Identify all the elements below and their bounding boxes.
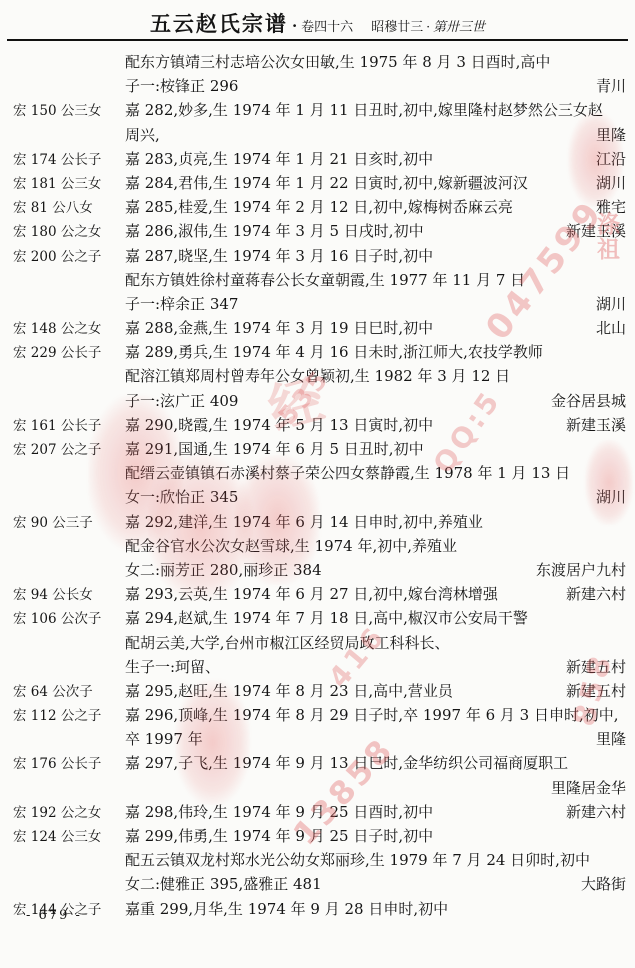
residence-place: 青川 xyxy=(596,74,635,98)
generation-label: 宏 106 公次子 xyxy=(0,607,125,631)
genealogy-title: 五云赵氏宗谱 xyxy=(150,11,288,36)
entry-text: 配东方镇姓徐村童蒋春公长女童朝霞,生 1977 年 11 月 7 日 xyxy=(125,268,626,292)
genealogy-row: 卒 1997 年里隆 xyxy=(0,727,635,751)
generation-label: 宏 229 公长子 xyxy=(0,341,125,365)
generation-label: 宏 150 公三女 xyxy=(0,99,125,123)
generation-label: 宏 112 公之子 xyxy=(0,704,125,728)
residence-place: 金谷居县城 xyxy=(551,389,635,413)
entry-text: 配金谷官水公次女赵雪球,生 1974 年,初中,养殖业 xyxy=(125,534,626,558)
genealogy-row: 女二:丽芳正 280,丽珍正 384东渡居户九村 xyxy=(0,558,635,582)
genealogy-row: 宏 112 公之子嘉 296,顶峰,生 1974 年 8 月 29 日子时,卒 … xyxy=(0,703,635,727)
entry-text: 子一:桉锋正 296 xyxy=(125,74,596,98)
residence-place: 湖川 xyxy=(596,171,635,195)
residence-place: 新建玉溪 xyxy=(566,219,635,243)
genealogy-row: 配缙云壶镇镇石赤溪村蔡子荣公四女蔡静霞,生 1978 年 1 月 13 日 xyxy=(0,461,635,485)
genealogy-row: 子一:梓余正 347湖川 xyxy=(0,292,635,316)
residence-place: 新建玉溪 xyxy=(566,413,635,437)
entry-text: 女二:丽芳正 280,丽珍正 384 xyxy=(125,558,536,582)
entry-text: 嘉 290,晓霞,生 1974 年 5 月 13 日寅时,初中 xyxy=(125,413,566,437)
entry-text: 嘉 293,云英,生 1974 年 6 月 27 日,初中,嫁台湾林增强 xyxy=(125,582,566,606)
genealogy-row: 配胡云美,大学,台州市椒江区经贸局政工科科长、 xyxy=(0,631,635,655)
entry-text: 嘉 286,淑伟,生 1974 年 3 月 5 日戌时,初中 xyxy=(125,219,566,243)
entry-text: 嘉 296,顶峰,生 1974 年 8 月 29 日子时,卒 1997 年 6 … xyxy=(125,703,626,727)
genealogy-row: 宏 148 公之女嘉 288,金燕,生 1974 年 3 月 19 日巳时,初中… xyxy=(0,316,635,340)
generation-label: 宏 90 公三子 xyxy=(0,511,125,535)
entry-text: 嘉 289,勇兵,生 1974 年 4 月 16 日未时,浙江师大,农技学教师 xyxy=(125,340,626,364)
genealogy-row: 子一:桉锋正 296青川 xyxy=(0,74,635,98)
page-header: 五云赵氏宗谱·卷四十六昭穆廿三·第卅三世 xyxy=(0,8,635,38)
title-separator-dot: · xyxy=(288,17,301,35)
generation-label: 宏 176 公长子 xyxy=(0,752,125,776)
entry-text: 嘉 283,贞亮,生 1974 年 1 月 21 日亥时,初中 xyxy=(125,147,596,171)
header-rule xyxy=(7,39,628,41)
genealogy-row: 配溶江镇郑周村曾寿年公女曾颖初,生 1982 年 3 月 12 日 xyxy=(0,364,635,388)
residence-place: 北山 xyxy=(596,316,635,340)
volume-label: 卷四十六 xyxy=(301,20,353,35)
genealogy-row: 宏 229 公长子嘉 289,勇兵,生 1974 年 4 月 16 日未时,浙江… xyxy=(0,340,635,364)
genealogy-row: 配东方镇靖三村志培公次女田敏,生 1975 年 8 月 3 日酉时,高中 xyxy=(0,50,635,74)
entry-text: 女二:健雅正 395,盛雅正 481 xyxy=(125,872,581,896)
residence-place: 里隆 xyxy=(596,123,635,147)
genealogy-row: 宏 192 公之女嘉 298,伟玲,生 1974 年 9 月 25 日酉时,初中… xyxy=(0,800,635,824)
genealogy-row: 宏 200 公之子嘉 287,晓坚,生 1974 年 3 月 16 日子时,初中 xyxy=(0,244,635,268)
genealogy-rows: 配东方镇靖三村志培公次女田敏,生 1975 年 8 月 3 日酉时,高中子一:桉… xyxy=(0,50,635,921)
residence-place: 大路街 xyxy=(581,872,635,896)
genealogy-row: 生子一:珂留、新建五村 xyxy=(0,655,635,679)
entry-text: 嘉 288,金燕,生 1974 年 3 月 19 日巳时,初中 xyxy=(125,316,596,340)
genealogy-row: 宏 150 公三女嘉 282,妙多,生 1974 年 1 月 11 日丑时,初中… xyxy=(0,98,635,122)
generation-label: 宏 64 公次子 xyxy=(0,680,125,704)
entry-text: 卒 1997 年 xyxy=(125,727,596,751)
generation-label: 宏 124 公三女 xyxy=(0,825,125,849)
entry-text: 女一:欣怡正 345 xyxy=(125,485,596,509)
entry-text: 周兴, xyxy=(125,123,596,147)
residence-place: 里隆居金华 xyxy=(551,776,635,800)
genealogy-row: 周兴,里隆 xyxy=(0,123,635,147)
genealogy-row: 配五云镇双龙村郑水光公幼女郑丽珍,生 1979 年 7 月 24 日卯时,初中 xyxy=(0,848,635,872)
residence-place: 湖川 xyxy=(596,292,635,316)
entry-text: 配缙云壶镇镇石赤溪村蔡子荣公四女蔡静霞,生 1978 年 1 月 13 日 xyxy=(125,461,626,485)
genealogy-row: 配东方镇姓徐村童蒋春公长女童朝霞,生 1977 年 11 月 7 日 xyxy=(0,268,635,292)
entry-text: 配五云镇双龙村郑水光公幼女郑丽珍,生 1979 年 7 月 24 日卯时,初中 xyxy=(125,848,626,872)
genealogy-row: 宏 124 公三女嘉 299,伟勇,生 1974 年 9 月 25 日子时,初中 xyxy=(0,824,635,848)
residence-place: 里隆 xyxy=(596,727,635,751)
entry-text: 嘉 297,子飞,生 1974 年 9 月 13 日巳时,金华纺织公司福商厦职工 xyxy=(125,751,626,775)
genealogy-row: 宏 81 公八女嘉 285,桂爱,生 1974 年 2 月 12 日,初中,嫁梅… xyxy=(0,195,635,219)
genealogy-row: 宏 181 公三女嘉 284,君伟,生 1974 年 1 月 22 日寅时,初中… xyxy=(0,171,635,195)
entry-text: 嘉 291,国通,生 1974 年 6 月 5 日丑时,初中 xyxy=(125,437,626,461)
generation-label: 宏 180 公之女 xyxy=(0,220,125,244)
entry-text: 嘉 282,妙多,生 1974 年 1 月 11 日丑时,初中,嫁里隆村赵梦然公… xyxy=(125,98,626,122)
genealogy-row: 宏 161 公长子嘉 290,晓霞,生 1974 年 5 月 13 日寅时,初中… xyxy=(0,413,635,437)
entry-text: 配东方镇靖三村志培公次女田敏,生 1975 年 8 月 3 日酉时,高中 xyxy=(125,50,626,74)
residence-place: 湖川 xyxy=(596,485,635,509)
genealogy-row: 宏 106 公次子嘉 294,赵斌,生 1974 年 7 月 18 日,高中,椒… xyxy=(0,606,635,630)
entry-text: 子一:泫广正 409 xyxy=(125,389,551,413)
generation-label: 宏 192 公之女 xyxy=(0,801,125,825)
genealogy-row: 宏 174 公长子嘉 283,贞亮,生 1974 年 1 月 21 日亥时,初中… xyxy=(0,147,635,171)
entry-text: 嘉重 299,月华,生 1974 年 9 月 28 日申时,初中 xyxy=(125,897,626,921)
genealogy-row: 宏 90 公三子嘉 292,建洋,生 1974 年 6 月 14 日申时,初中,… xyxy=(0,510,635,534)
genealogy-row: 宏 144 公之子嘉重 299,月华,生 1974 年 9 月 28 日申时,初… xyxy=(0,897,635,921)
residence-place: 江沿 xyxy=(596,147,635,171)
generation-order-label: 昭穆廿三 xyxy=(371,20,423,35)
residence-place: 雅宅 xyxy=(596,195,635,219)
generation-label: 宏 161 公长子 xyxy=(0,414,125,438)
genealogy-row: 宏 94 公长女嘉 293,云英,生 1974 年 6 月 27 日,初中,嫁台… xyxy=(0,582,635,606)
entry-text: 嘉 298,伟玲,生 1974 年 9 月 25 日酉时,初中 xyxy=(125,800,566,824)
residence-place: 东渡居户九村 xyxy=(536,558,635,582)
entry-text: 嘉 287,晓坚,生 1974 年 3 月 16 日子时,初中 xyxy=(125,244,626,268)
entry-text: 嘉 294,赵斌,生 1974 年 7 月 18 日,高中,椒汉市公安局干警 xyxy=(125,606,626,630)
genealogy-row: 宏 64 公次子嘉 295,赵旺,生 1974 年 8 月 23 日,高中,营业… xyxy=(0,679,635,703)
entry-text: 嘉 292,建洋,生 1974 年 6 月 14 日申时,初中,养殖业 xyxy=(125,510,626,534)
entry-text: 配溶江镇郑周村曾寿年公女曾颖初,生 1982 年 3 月 12 日 xyxy=(125,364,626,388)
entry-text: 嘉 285,桂爱,生 1974 年 2 月 12 日,初中,嫁梅树岙麻云亮 xyxy=(125,195,596,219)
generation-label: 宏 81 公八女 xyxy=(0,196,125,220)
residence-place: 新建五村 xyxy=(566,679,635,703)
genealogy-row: 宏 176 公长子嘉 297,子飞,生 1974 年 9 月 13 日巳时,金华… xyxy=(0,751,635,775)
residence-place: 新建六村 xyxy=(566,800,635,824)
genealogy-row: 宏 180 公之女嘉 286,淑伟,生 1974 年 3 月 5 日戌时,初中新… xyxy=(0,219,635,243)
residence-place: 新建五村 xyxy=(566,655,635,679)
generation-label: 宏 174 公长子 xyxy=(0,148,125,172)
genealogy-row: 子一:泫广正 409金谷居县城 xyxy=(0,389,635,413)
generation-label: 宏 94 公长女 xyxy=(0,583,125,607)
genealogy-row: 女一:欣怡正 345湖川 xyxy=(0,485,635,509)
genealogy-row: 女二:健雅正 395,盛雅正 481大路街 xyxy=(0,872,635,896)
genealogy-row: 里隆居金华 xyxy=(0,776,635,800)
generation-label: 宏 148 公之女 xyxy=(0,317,125,341)
generation-separator-dot: · xyxy=(423,20,433,34)
generation-label: 宏 207 公之子 xyxy=(0,438,125,462)
genealogy-row: 配金谷官水公次女赵雪球,生 1974 年,初中,养殖业 xyxy=(0,534,635,558)
entry-text: 子一:梓余正 347 xyxy=(125,292,596,316)
entry-text: 嘉 299,伟勇,生 1974 年 9 月 25 日子时,初中 xyxy=(125,824,626,848)
entry-text: 嘉 295,赵旺,生 1974 年 8 月 23 日,高中,营业员 xyxy=(125,679,566,703)
page-number: - 679 - xyxy=(26,908,82,923)
entry-text: 生子一:珂留、 xyxy=(125,655,566,679)
generation-label: 宏 200 公之子 xyxy=(0,245,125,269)
entry-text: 配胡云美,大学,台州市椒江区经贸局政工科科长、 xyxy=(125,631,626,655)
generation-label: 宏 181 公三女 xyxy=(0,172,125,196)
residence-place: 新建六村 xyxy=(566,582,635,606)
world-generation-label: 第卅三世 xyxy=(433,20,485,35)
genealogy-row: 宏 207 公之子嘉 291,国通,生 1974 年 6 月 5 日丑时,初中 xyxy=(0,437,635,461)
entry-text: 嘉 284,君伟,生 1974 年 1 月 22 日寅时,初中,嫁新疆波河汉 xyxy=(125,171,596,195)
